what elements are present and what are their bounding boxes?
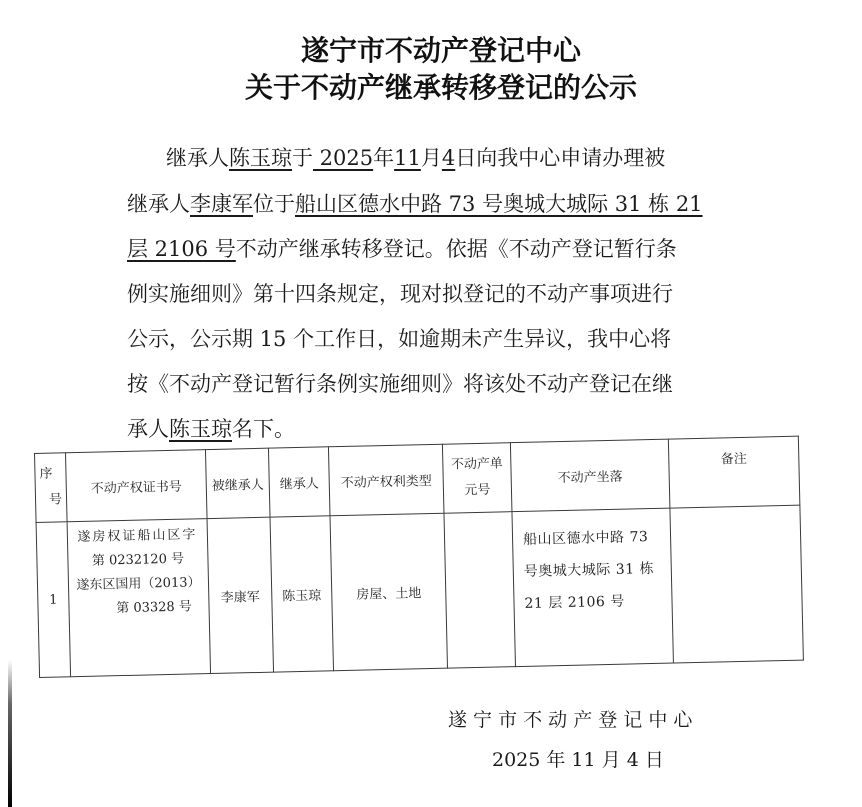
column-header-decedent: 被继承人 — [205, 448, 270, 518]
column-header-unit-no: 不动产单 元号 — [442, 443, 512, 514]
body-line-2: 继承人李康军位于船山区德水中路 73 号奥城大城际 31 栋 21 — [127, 190, 703, 218]
text-segment: 位于 — [253, 192, 295, 216]
cert-line: 第 03328 号 — [69, 595, 209, 622]
property-address-part2: 层 2106 号 — [127, 237, 236, 261]
text-segment: 年 — [373, 146, 394, 170]
cell-decedent: 李康军 — [207, 517, 274, 673]
location-line: 21 层 2106 号 — [524, 585, 672, 620]
table-row: 1 遂房权证船山区字 第 0232120 号 遂东区国用（2013） 第 033… — [36, 505, 803, 677]
text-segment: 于 — [292, 146, 313, 170]
heir-name: 陈玉琼 — [169, 417, 232, 441]
header-text: 序 — [35, 461, 66, 488]
body-line-1: 继承人陈玉琼于 2025年11月4日向我中心申请办理被 — [166, 144, 665, 172]
location-line: 船山区德水中路 73 — [523, 521, 671, 556]
text-segment: 不动产继承转移登记。依据《不动产登记暂行条 — [236, 237, 677, 261]
text-segment: 日向我中心申请办理被 — [455, 146, 665, 170]
column-header-seq: 序 号 — [35, 453, 68, 523]
cell-location: 船山区德水中路 73 号奥城大城际 31 栋 21 层 2106 号 — [512, 508, 673, 667]
document-title-subject: 关于不动产继承转移登记的公示 — [10, 70, 862, 106]
decedent-name: 李康军 — [190, 192, 253, 216]
cert-line: 遂房权证船山区字 — [68, 523, 208, 550]
header-text: 元号 — [444, 477, 512, 505]
text-segment: 继承人 — [127, 192, 190, 216]
cert-line: 遂东区国用（2013） — [69, 571, 209, 598]
location-line: 号奥城大城际 31 栋 — [523, 553, 671, 588]
text-segment: 名下。 — [232, 417, 295, 441]
cell-right-type: 房屋、土地 — [330, 513, 447, 671]
body-line-4: 例实施细则》第十四条规定，现对拟登记的不动产事项进行 — [127, 280, 673, 308]
header-text: 不动产单 — [443, 451, 511, 479]
registration-table-container: 序 号 不动产权证书号 被继承人 继承人 不动产权利类型 不动产单 元号 不动产… — [34, 436, 802, 653]
text-segment: 继承人 — [166, 146, 229, 170]
cell-remark — [670, 505, 803, 663]
column-header-right-type: 不动产权利类型 — [328, 444, 444, 516]
application-year: 2025 — [313, 146, 373, 170]
registration-table: 序 号 不动产权证书号 被继承人 继承人 不动产权利类型 不动产单 元号 不动产… — [34, 436, 804, 678]
text-segment: 承人 — [127, 417, 169, 441]
property-address-part1: 船山区德水中路 73 号奥城大城际 31 栋 21 — [295, 192, 703, 216]
body-line-7: 承人陈玉琼名下。 — [127, 415, 295, 443]
column-header-heir: 继承人 — [268, 447, 330, 517]
body-line-3: 层 2106 号不动产继承转移登记。依据《不动产登记暂行条 — [127, 235, 677, 263]
body-line-6: 按《不动产登记暂行条例实施细则》将该处不动产登记在继 — [127, 370, 673, 398]
cert-line: 第 0232120 号 — [68, 547, 208, 574]
cell-cert-no: 遂房权证船山区字 第 0232120 号 遂东区国用（2013） 第 03328… — [67, 519, 210, 677]
signature-org: 遂 宁 市 不 动 产 登 记 中 心 — [448, 705, 692, 732]
body-line-5: 公示，公示期 15 个工作日，如逾期未产生异议，我中心将 — [127, 325, 671, 353]
column-header-remark: 备注 — [668, 436, 800, 508]
cell-unit-no — [444, 512, 515, 669]
column-header-cert-no: 不动产权证书号 — [66, 450, 208, 522]
text-segment: 月 — [421, 146, 442, 170]
header-text: 号 — [36, 487, 67, 514]
signature-date: 2025 年 11 月 4 日 — [492, 745, 664, 772]
scan-edge-shadow — [8, 660, 12, 807]
application-month: 11 — [394, 146, 421, 170]
heir-name: 陈玉琼 — [229, 146, 292, 170]
application-day: 4 — [442, 146, 455, 170]
document-title-org: 遂宁市不动产登记中心 — [10, 33, 862, 69]
cell-seq: 1 — [36, 522, 71, 678]
column-header-location: 不动产坐落 — [510, 439, 670, 512]
cell-heir: 陈玉琼 — [270, 516, 334, 672]
